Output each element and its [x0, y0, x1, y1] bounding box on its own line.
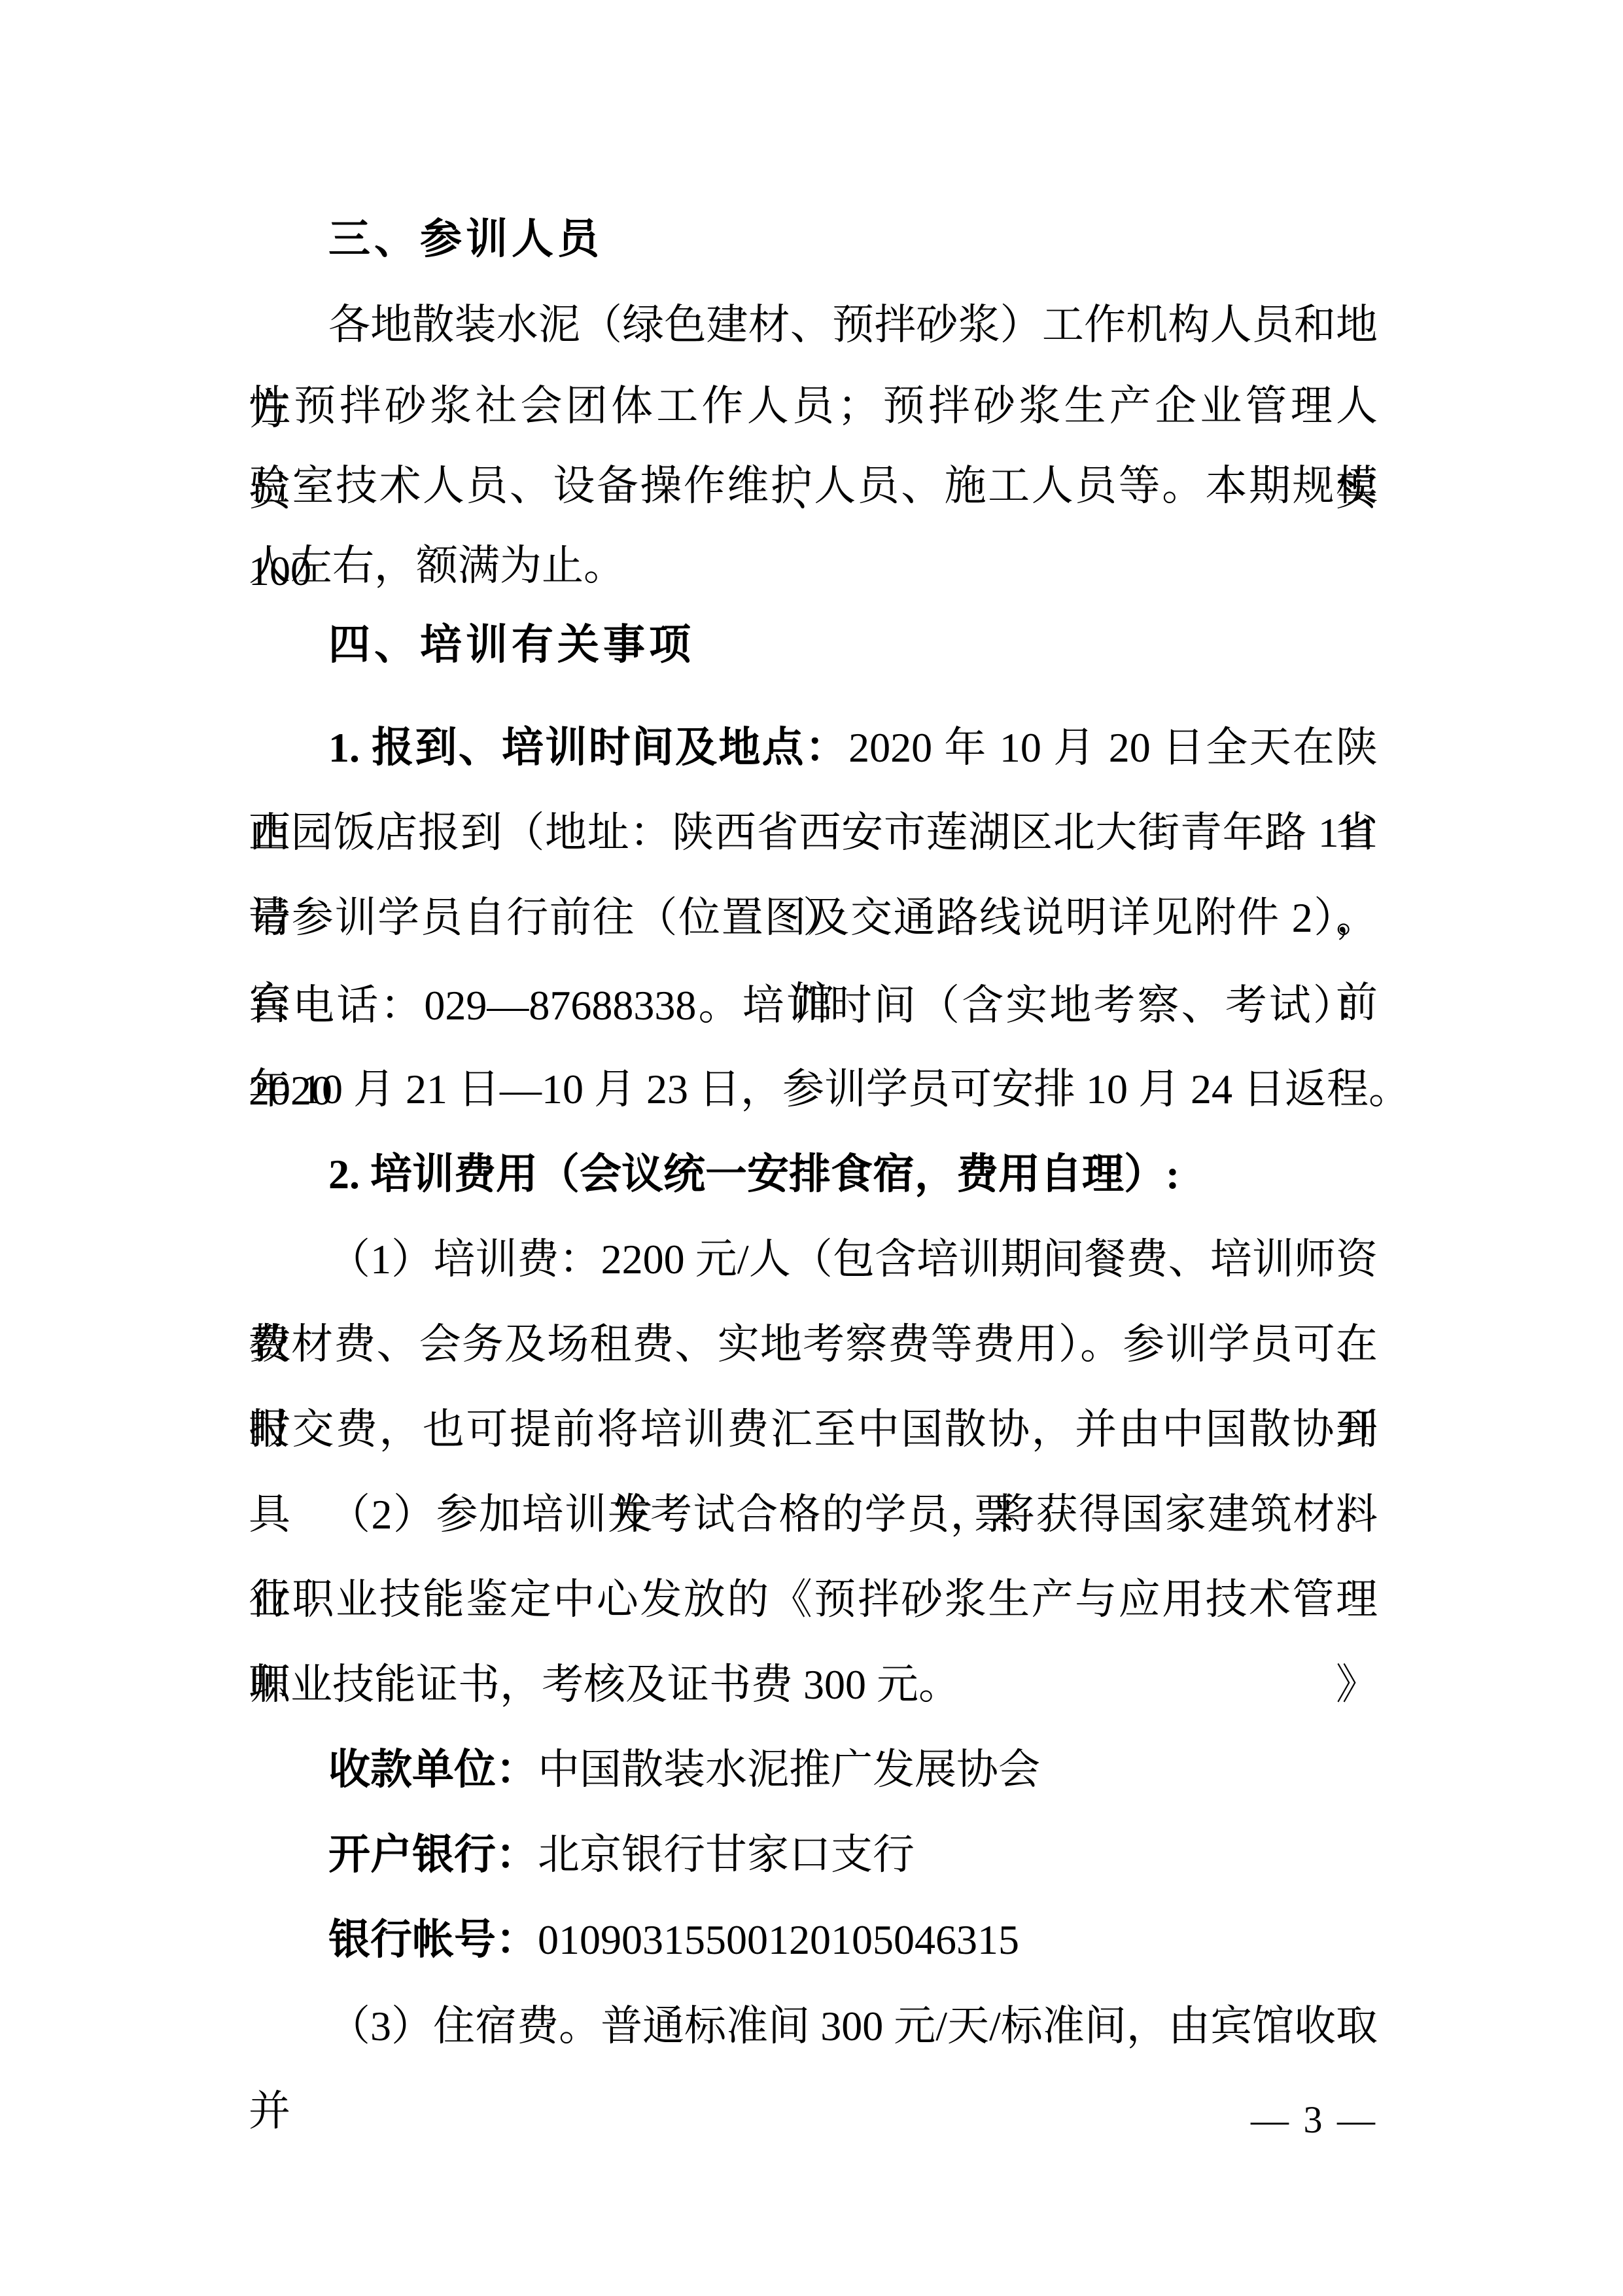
bank-value: 北京银行甘家口支行: [538, 1831, 915, 1878]
bank-line: 开户银行：北京银行甘家口支行: [249, 1812, 1378, 1898]
page-number: — 3 —: [249, 2077, 1378, 2163]
account-number-line: 银行帐号：01090315500120105046315: [249, 1898, 1378, 1983]
payee-label: 收款单位：: [328, 1746, 538, 1793]
body-line: （3）住宿费。普通标准间 300 元/天/标准间，由宾馆收取并: [249, 1984, 1378, 2069]
heading-text: 四、培训有关事项: [328, 621, 695, 668]
item-1-line: 1. 报到、培训时间及地点：2020 年 10 月 20 日全天在陕西省: [249, 705, 1378, 790]
body-line: 人左右，额满为止。: [249, 523, 1378, 609]
body-line: 性预拌砂浆社会团体工作人员；预拌砂浆生产企业管理人员、实: [249, 364, 1378, 449]
body-line: 年 10 月 21 日—10 月 23 日，参训学员可安排 10 月 24 日返…: [249, 1047, 1378, 1132]
account-label: 银行帐号：: [328, 1916, 538, 1963]
body-line: （2）参加培训并考试合格的学员，将获得国家建筑材料行: [249, 1472, 1378, 1557]
item-2-heading: 2. 培训费用（会议统一安排食宿，费用自理）:: [249, 1132, 1378, 1217]
body-line: 请参训学员自行前往（位置图及交通路线说明详见附件 2）。宾馆前: [249, 875, 1378, 961]
body-line: 教材费、会务及场租费、实地考察费等费用）。参训学员可在报到: [249, 1302, 1378, 1387]
body-line: 职业技能证书，考核及证书费 300 元。: [249, 1642, 1378, 1727]
payee-line: 收款单位：中国散装水泥推广发展协会: [249, 1727, 1378, 1812]
body-line: 时交费，也可提前将培训费汇至中国散协，并由中国散协开具发票。: [249, 1387, 1378, 1472]
body-line: 验室技术人员、设备操作维护人员、施工人员等。本期规模100: [249, 444, 1378, 529]
bank-label: 开户银行：: [328, 1831, 538, 1878]
document-page: 三、参训人员 各地散装水泥（绿色建材、预拌砂浆）工作机构人员和地方 性预拌砂浆社…: [0, 0, 1623, 2296]
item-2-label: 2. 培训费用（会议统一安排食宿，费用自理）:: [328, 1151, 1179, 1197]
section-heading-participants: 三、参训人员: [249, 196, 1378, 281]
body-line: 业职业技能鉴定中心发放的《预拌砂浆生产与应用技术管理师》: [249, 1557, 1378, 1642]
section-heading-training-matters: 四、培训有关事项: [249, 602, 1378, 687]
item-1-label: 1. 报到、培训时间及地点：: [328, 724, 848, 771]
body-line: 台电话：029—87688338。培训时间（含实地考察、考试）：2020: [249, 963, 1378, 1048]
payee-value: 中国散装水泥推广发展协会: [538, 1746, 1040, 1793]
body-line: （1）培训费：2200 元/人（包含培训期间餐费、培训师资费、: [249, 1217, 1378, 1302]
account-value: 01090315500120105046315: [538, 1916, 1019, 1963]
body-line: 各地散装水泥（绿色建材、预拌砂浆）工作机构人员和地方: [249, 283, 1378, 368]
heading-text: 三、参训人员: [328, 215, 603, 262]
body-line: 止园饭店报到（地址：陕西省西安市莲湖区北大街青年路 111 号），: [249, 790, 1378, 875]
